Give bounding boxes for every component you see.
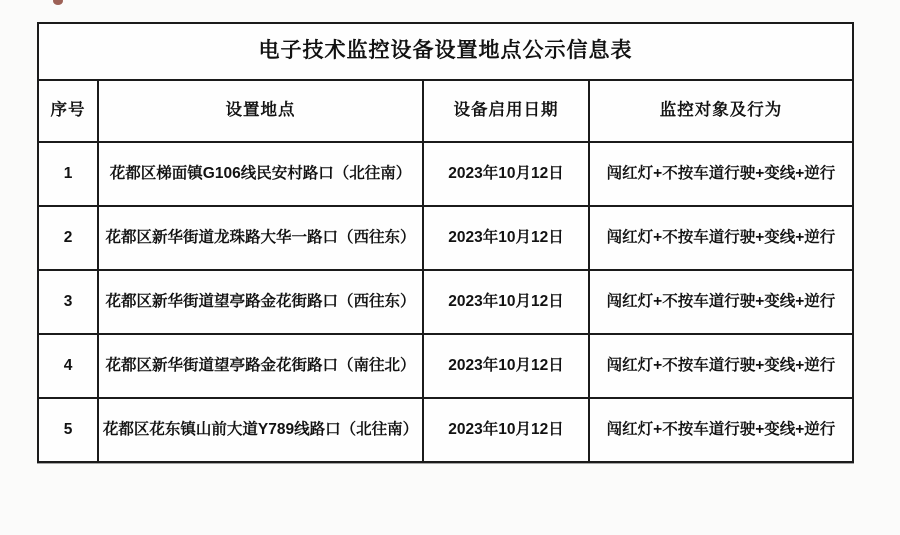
date-cell: 2023年10月12日 [423, 334, 589, 398]
table-row: 4 花都区新华街道望亭路金花街路口（南往北） 2023年10月12日 闯红灯+不… [38, 334, 853, 398]
date-cell: 2023年10月12日 [423, 270, 589, 334]
behavior-cell: 闯红灯+不按车道行驶+变线+逆行 [589, 334, 853, 398]
table-row: 5 花都区花东镇山前大道Y789线路口（北往南） 2023年10月12日 闯红灯… [38, 398, 853, 462]
behavior-cell: 闯红灯+不按车道行驶+变线+逆行 [589, 270, 853, 334]
serial-number: 1 [38, 142, 98, 206]
red-ink-dot-artifact [53, 0, 63, 5]
column-header-serial: 序号 [38, 80, 98, 142]
location-cell: 花都区新华街道望亭路金花街路口（西往东） [98, 270, 423, 334]
location-cell: 花都区梯面镇G106线民安村路口（北往南） [98, 142, 423, 206]
date-cell: 2023年10月12日 [423, 398, 589, 462]
location-cell: 花都区新华街道龙珠路大华一路口（西往东） [98, 206, 423, 270]
behavior-cell: 闯红灯+不按车道行驶+变线+逆行 [589, 206, 853, 270]
behavior-cell: 闯红灯+不按车道行驶+变线+逆行 [589, 398, 853, 462]
date-cell: 2023年10月12日 [423, 142, 589, 206]
table-row: 2 花都区新华街道龙珠路大华一路口（西往东） 2023年10月12日 闯红灯+不… [38, 206, 853, 270]
page: { "page": { "background_color": "#fbfbfa… [0, 0, 900, 535]
table-header-row: 序号 设置地点 设备启用日期 监控对象及行为 [38, 80, 853, 142]
table-row: 3 花都区新华街道望亭路金花街路口（西往东） 2023年10月12日 闯红灯+不… [38, 270, 853, 334]
serial-number: 3 [38, 270, 98, 334]
monitoring-equipment-table: 电子技术监控设备设置地点公示信息表 序号 设置地点 设备启用日期 监控对象及行为… [37, 22, 854, 463]
location-cell: 花都区新华街道望亭路金花街路口（南往北） [98, 334, 423, 398]
serial-number: 2 [38, 206, 98, 270]
public-info-table-container: 电子技术监控设备设置地点公示信息表 序号 设置地点 设备启用日期 监控对象及行为… [37, 22, 852, 463]
location-cell: 花都区花东镇山前大道Y789线路口（北往南） [98, 398, 423, 462]
column-header-location: 设置地点 [98, 80, 423, 142]
date-cell: 2023年10月12日 [423, 206, 589, 270]
column-header-monitored-behavior: 监控对象及行为 [589, 80, 853, 142]
behavior-cell: 闯红灯+不按车道行驶+变线+逆行 [589, 142, 853, 206]
serial-number: 5 [38, 398, 98, 462]
serial-number: 4 [38, 334, 98, 398]
table-title-row: 电子技术监控设备设置地点公示信息表 [38, 23, 853, 80]
table-row: 1 花都区梯面镇G106线民安村路口（北往南） 2023年10月12日 闯红灯+… [38, 142, 853, 206]
table-title: 电子技术监控设备设置地点公示信息表 [38, 23, 853, 80]
column-header-activation-date: 设备启用日期 [423, 80, 589, 142]
